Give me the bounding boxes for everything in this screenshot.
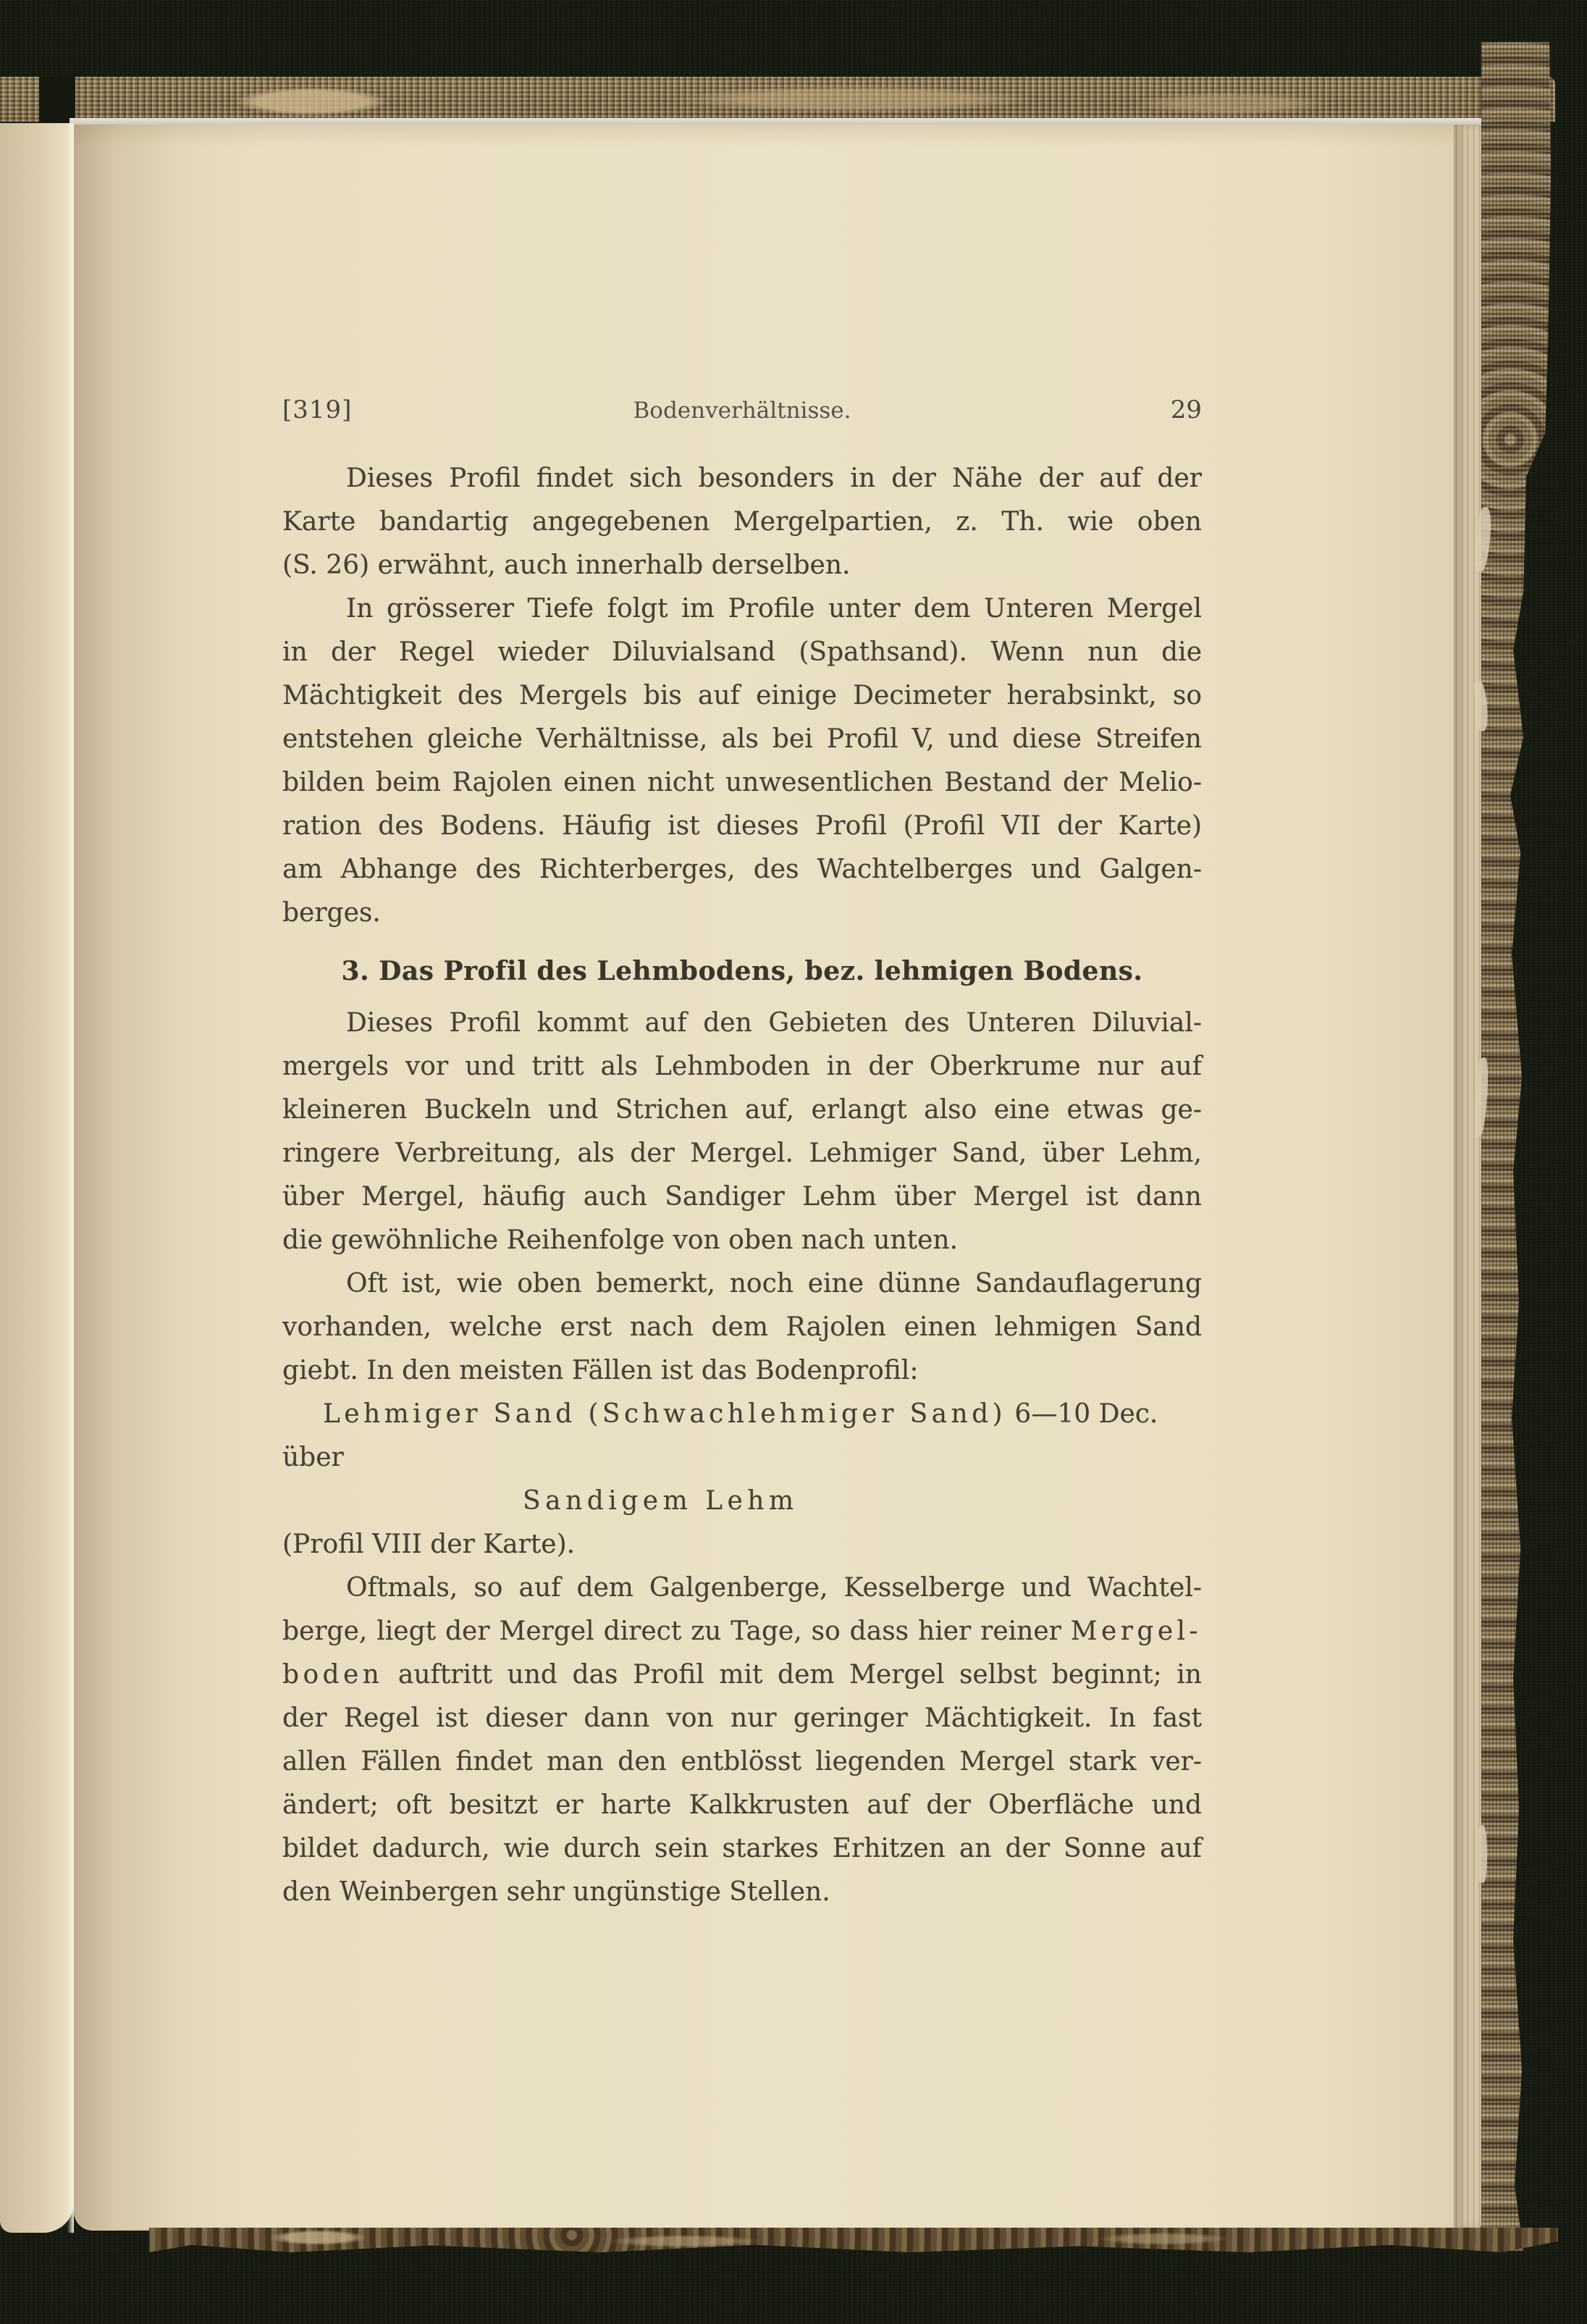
text-line: bildet dadurch, wie durch sein starkes E… bbox=[282, 1827, 1202, 1871]
text-line: über bbox=[282, 1436, 1202, 1480]
text-line: boden auftritt und das Profil mit dem Me… bbox=[282, 1653, 1202, 1697]
letterspaced-text: Mergel- bbox=[1071, 1616, 1202, 1646]
text-block: Dieses Profil findet sich besonders in d… bbox=[282, 457, 1202, 1914]
text-line: Dieses Profil findet sich besonders in d… bbox=[282, 457, 1202, 500]
text-run: bilden beim Rajolen einen nicht unwesent… bbox=[282, 768, 1202, 797]
text-run: die gewöhnliche Reihenfolge von oben nac… bbox=[282, 1225, 958, 1255]
text-run: bildet dadurch, wie durch sein starkes E… bbox=[282, 1834, 1202, 1863]
left-page-edge bbox=[0, 123, 74, 2233]
letterspaced-text: Lehmiger Sand (Schwachlehmiger Sand) bbox=[323, 1399, 1006, 1429]
page-header: [319] Bodenverhältnisse. 29 bbox=[282, 395, 1202, 427]
book-cover-bottom-edge bbox=[149, 2228, 1558, 2252]
text-line: ration des Bodens. Häufig ist dieses Pro… bbox=[282, 805, 1202, 848]
text-line: Oft ist, wie oben bemerkt, noch eine dün… bbox=[282, 1262, 1202, 1306]
page-number: 29 bbox=[1171, 395, 1202, 424]
book-cover-top-edge bbox=[0, 77, 1555, 122]
text-line: in der Regel wieder Diluvialsand (Spaths… bbox=[282, 631, 1202, 674]
text-line: vorhanden, welche erst nach dem Rajolen … bbox=[282, 1306, 1202, 1349]
text-line: berge, liegt der Mergel direct zu Tage, … bbox=[282, 1610, 1202, 1653]
text-run: mergels vor und tritt als Lehmboden in d… bbox=[282, 1052, 1202, 1081]
text-line: giebt. In den meisten Fällen ist das Bod… bbox=[282, 1349, 1202, 1393]
text-line: der Regel ist dieser dann von nur gering… bbox=[282, 1697, 1202, 1740]
text-run: allen Fällen findet man den entblösst li… bbox=[282, 1747, 1202, 1776]
text-line: die gewöhnliche Reihenfolge von oben nac… bbox=[282, 1219, 1202, 1262]
text-run: Dieses Profil kommt auf den Gebieten des… bbox=[346, 1008, 1202, 1038]
text-line: über Mergel, häufig auch Sandiger Lehm ü… bbox=[282, 1175, 1202, 1219]
text-run: 6—10 Dec. bbox=[1006, 1399, 1158, 1429]
text-run: entstehen gleiche Verhältnisse, als bei … bbox=[282, 724, 1202, 754]
text-line: den Weinbergen sehr ungünstige Stellen. bbox=[282, 1871, 1202, 1914]
book-cover-right-edge bbox=[1481, 42, 1554, 2251]
text-run: über bbox=[282, 1443, 344, 1472]
text-line: kleineren Buckeln und Strichen auf, erla… bbox=[282, 1088, 1202, 1132]
text-run: Sandigem Lehm bbox=[523, 1486, 799, 1516]
text-line: Oftmals, so auf dem Galgenberge, Kesselb… bbox=[282, 1566, 1202, 1610]
text-line: berges. bbox=[282, 892, 1202, 935]
section-heading: 3. Das Profil des Lehmbodens, bez. lehmi… bbox=[282, 949, 1202, 993]
text-line: Karte bandartig angegebenen Mergelpartie… bbox=[282, 500, 1202, 544]
text-run: ringere Verbreitung, als der Mergel. Leh… bbox=[282, 1138, 1202, 1168]
text-line: Sandigem Lehm bbox=[523, 1480, 1442, 1523]
text-line: Mächtigkeit des Mergels bis auf einige D… bbox=[282, 674, 1202, 718]
text-line: allen Fällen findet man den entblösst li… bbox=[282, 1740, 1202, 1784]
text-run: vorhanden, welche erst nach dem Rajolen … bbox=[282, 1312, 1202, 1342]
text-line: mergels vor und tritt als Lehmboden in d… bbox=[282, 1045, 1202, 1088]
text-line: entstehen gleiche Verhältnisse, als bei … bbox=[282, 718, 1202, 761]
text-line: (Profil VIII der Karte). bbox=[282, 1523, 1202, 1566]
text-line: In grösserer Tiefe folgt im Profile unte… bbox=[282, 587, 1202, 631]
text-run: (S. 26) erwähnt, auch innerhalb derselbe… bbox=[282, 550, 850, 580]
text-run: berges. bbox=[282, 898, 381, 928]
text-run: am Abhange des Richterberges, des Wachte… bbox=[282, 855, 1202, 884]
text-run: giebt. In den meisten Fällen ist das Bod… bbox=[282, 1356, 918, 1385]
text-run: ändert; oft besitzt er harte Kalkkrusten… bbox=[282, 1790, 1202, 1820]
text-run: über Mergel, häufig auch Sandiger Lehm ü… bbox=[282, 1182, 1202, 1212]
text-run: (Profil VIII der Karte). bbox=[282, 1530, 575, 1559]
text-run: Mächtigkeit des Mergels bis auf einige D… bbox=[282, 681, 1202, 710]
text-run: ration des Bodens. Häufig ist dieses Pro… bbox=[282, 811, 1202, 841]
text-run: Oftmals, so auf dem Galgenberge, Kesselb… bbox=[346, 1573, 1202, 1603]
text-line: ringere Verbreitung, als der Mergel. Leh… bbox=[282, 1132, 1202, 1175]
text-line: am Abhange des Richterberges, des Wachte… bbox=[282, 848, 1202, 892]
text-line: bilden beim Rajolen einen nicht unwesent… bbox=[282, 761, 1202, 805]
text-run: In grösserer Tiefe folgt im Profile unte… bbox=[346, 594, 1202, 624]
text-run: kleineren Buckeln und Strichen auf, erla… bbox=[282, 1095, 1202, 1125]
text-run: auftritt und das Profil mit dem Mergel s… bbox=[383, 1660, 1202, 1690]
letterspaced-text: boden bbox=[282, 1660, 383, 1690]
text-line: ändert; oft besitzt er harte Kalkkrusten… bbox=[282, 1784, 1202, 1827]
running-title: Bodenverhältnisse. bbox=[282, 398, 1202, 424]
text-run: der Regel ist dieser dann von nur gering… bbox=[282, 1703, 1202, 1733]
text-run: Karte bandartig angegebenen Mergelpartie… bbox=[282, 507, 1202, 537]
scanned-book-photograph: [319] Bodenverhältnisse. 29 Dieses Profi… bbox=[0, 0, 1587, 2324]
page-stack-right-edge bbox=[1454, 125, 1481, 2229]
frayed-paper-bit bbox=[1478, 1825, 1487, 1883]
text-line: Lehmiger Sand (Schwachlehmiger Sand) 6—1… bbox=[323, 1393, 1242, 1436]
text-run: Oft ist, wie oben bemerkt, noch eine dün… bbox=[346, 1269, 1202, 1299]
text-line: (S. 26) erwähnt, auch innerhalb derselbe… bbox=[282, 544, 1202, 587]
text-run: berge, liegt der Mergel direct zu Tage, … bbox=[282, 1616, 1071, 1646]
text-line: Dieses Profil kommt auf den Gebieten des… bbox=[282, 1002, 1202, 1045]
text-run: den Weinbergen sehr ungünstige Stellen. bbox=[282, 1877, 830, 1907]
text-run: Dieses Profil findet sich besonders in d… bbox=[346, 463, 1202, 493]
book-page: [319] Bodenverhältnisse. 29 Dieses Profi… bbox=[74, 125, 1481, 2231]
cover-gap-shadow bbox=[39, 77, 75, 123]
text-run: in der Regel wieder Diluvialsand (Spaths… bbox=[282, 637, 1202, 667]
